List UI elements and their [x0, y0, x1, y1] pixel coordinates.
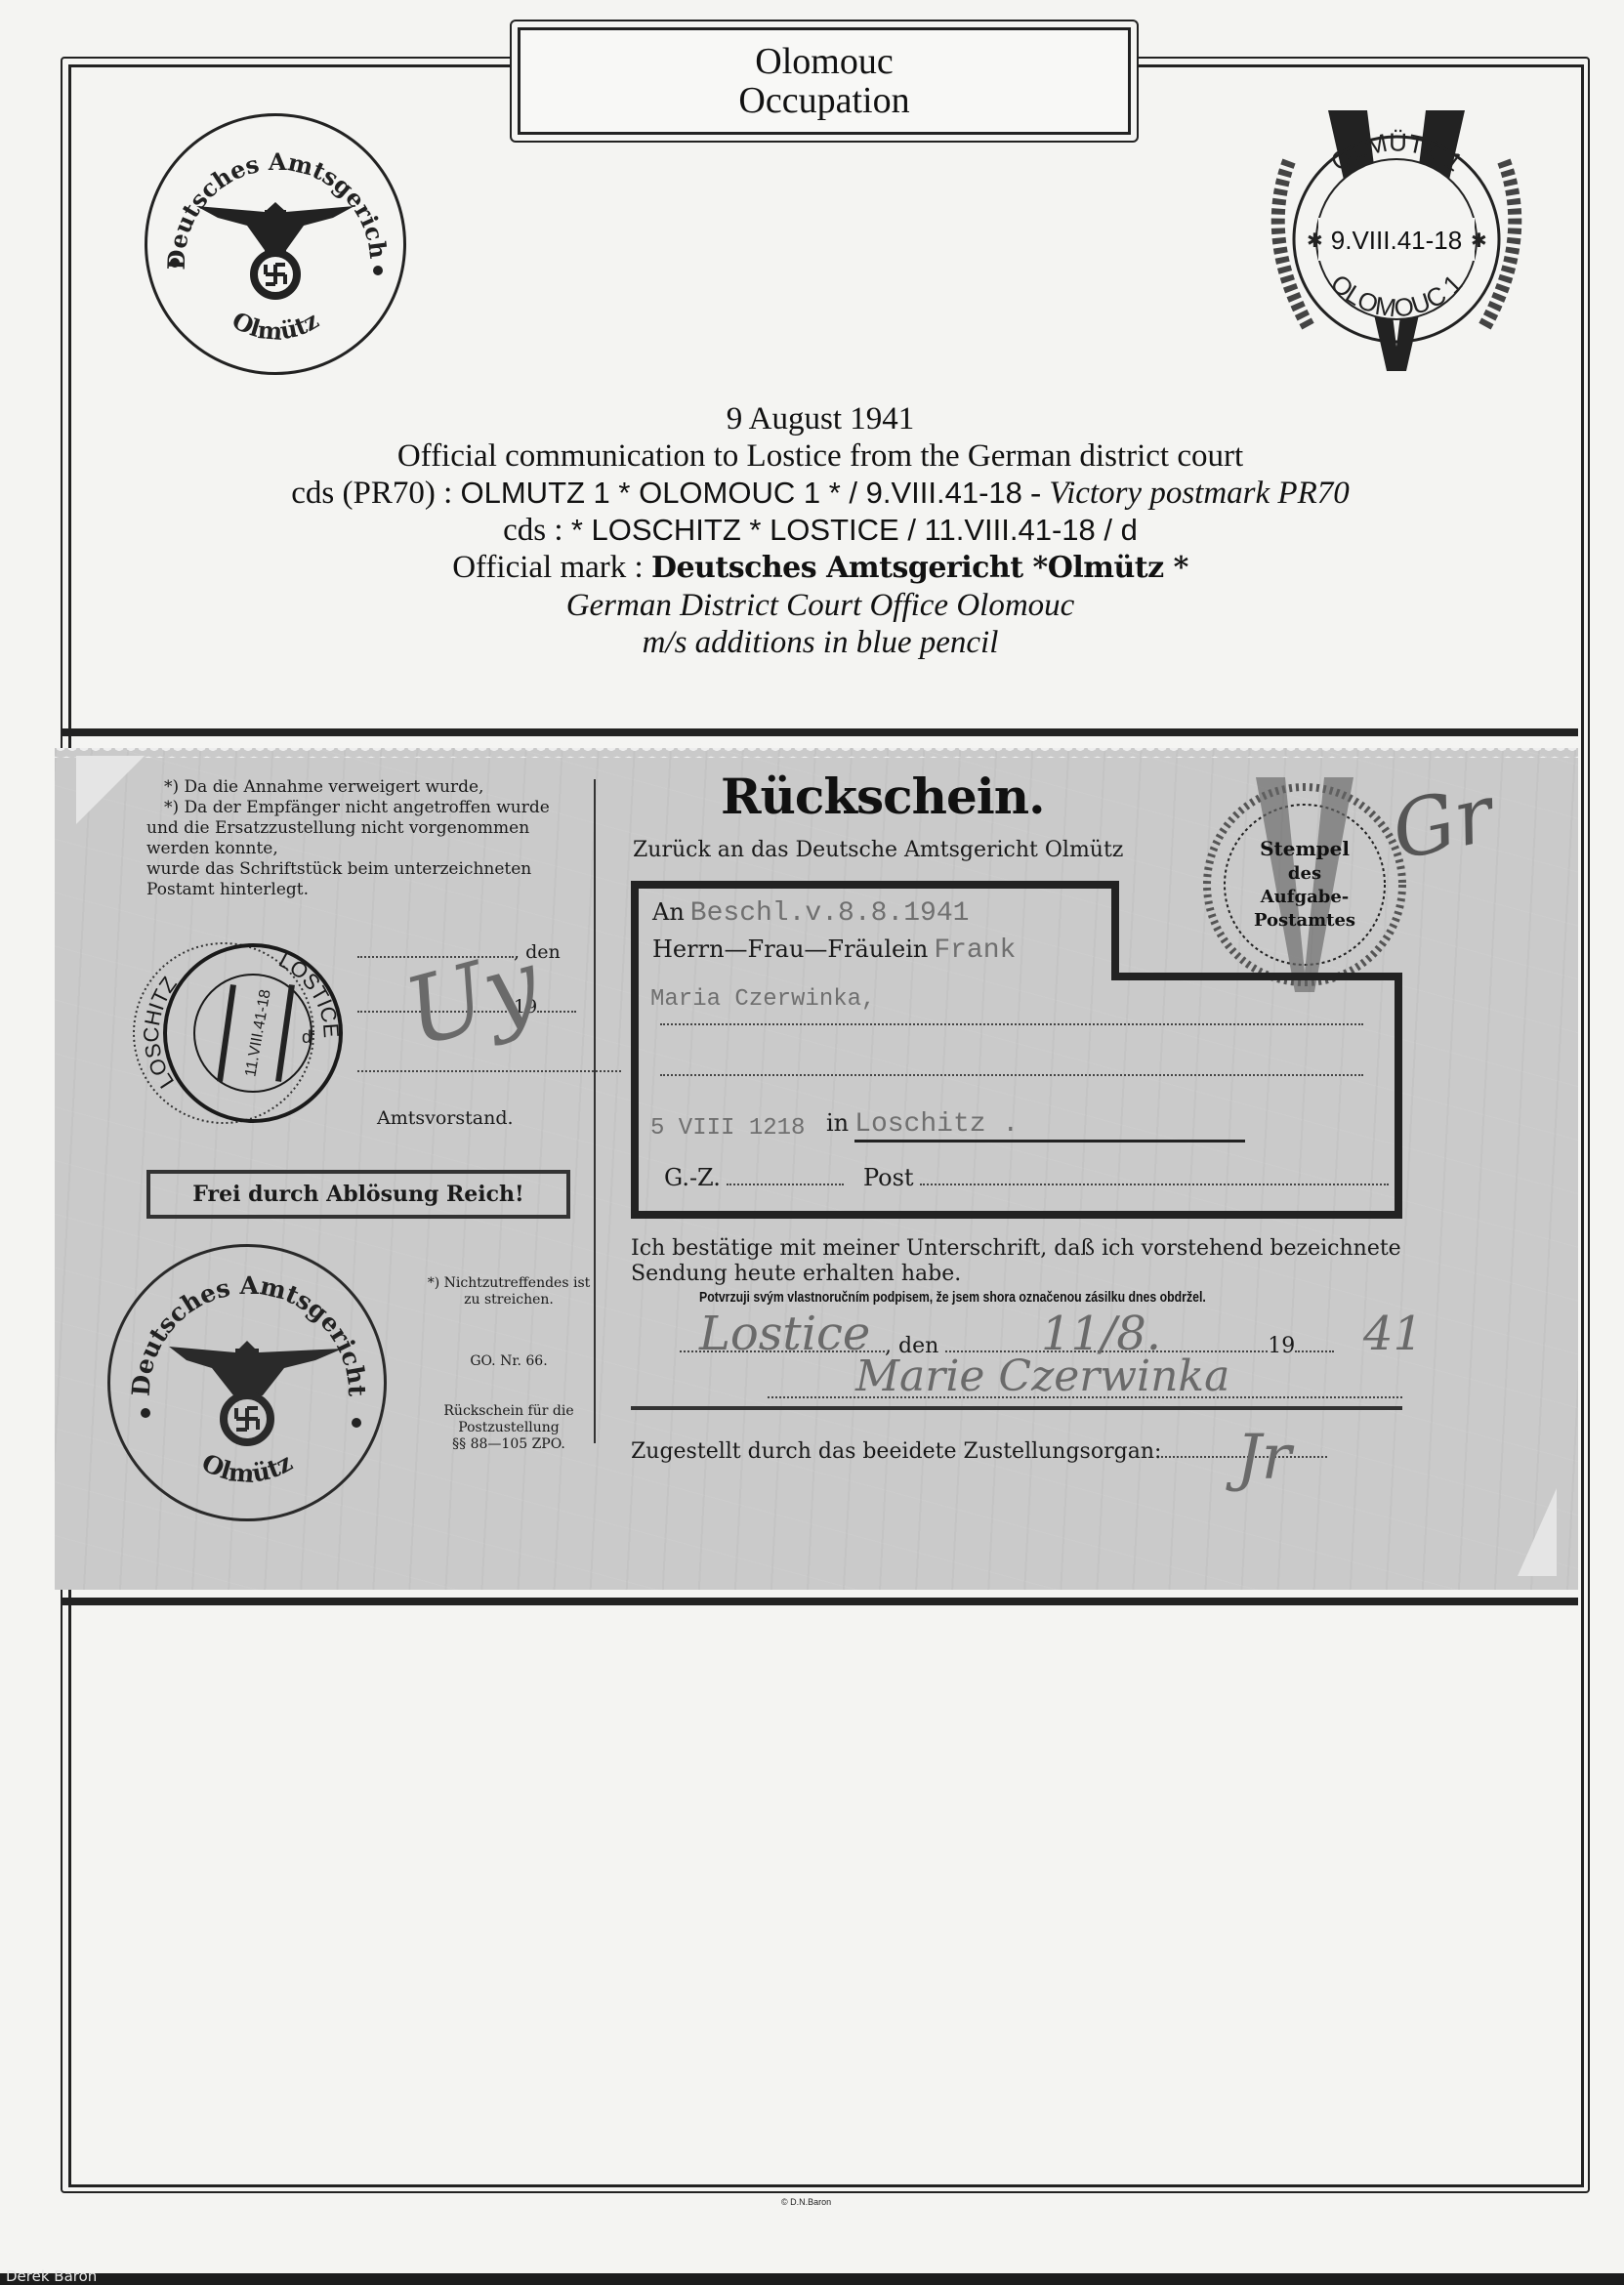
- eagle-seal-icon: Deutsches Amtsgericht Olmütz: [110, 1247, 384, 1518]
- svg-text:✱: ✱: [1307, 230, 1323, 252]
- victory-v-postmark-icon: OLMÜTZ 1 OLOMOUC 1 9.VIII.41-18 ✱ ✱: [1250, 103, 1543, 376]
- description-cds-1: cds (PR70) : OLMUTZ 1 * OLOMOUC 1 * / 9.…: [137, 475, 1504, 512]
- description-summary: Official communication to Lostice from t…: [137, 437, 1504, 475]
- address-box: An Beschl.v.8.8.1941 Herrn—Frau—Fräulein…: [631, 881, 1402, 1219]
- recipient-signature: Marie Czerwinka: [855, 1351, 1229, 1401]
- form-notes: *) Nichtzutreffendes ist zu streichen. G…: [426, 1275, 592, 1453]
- description-note: m/s additions in blue pencil: [137, 624, 1504, 661]
- signature-dotline: [357, 1070, 621, 1072]
- perforation-edge: [55, 748, 1578, 758]
- section-divider-top: [61, 728, 1578, 736]
- handwritten-place: Lostice: [699, 1307, 870, 1361]
- description-date: 9 August 1941: [137, 400, 1504, 437]
- svg-text:Olmütz: Olmütz: [228, 306, 323, 346]
- delivered-by-line: Zugestellt durch das beeidete Zustellung…: [631, 1439, 1327, 1464]
- loschitz-cds-icon: LOSCHITZ LOSTICE 11.VIII.41-18 d: [131, 935, 355, 1131]
- description-official-mark: Official mark : Deutsches Amtsgericht *O…: [137, 549, 1504, 587]
- handwritten-year: 41: [1363, 1307, 1423, 1361]
- svg-text:9.VIII.41-18: 9.VIII.41-18: [1331, 226, 1462, 255]
- card-column-divider: [594, 779, 596, 1443]
- gz-line: G.-Z. Post: [664, 1164, 1389, 1192]
- description-cds-2: cds : * LOSCHITZ * LOSTICE / 11.VIII.41-…: [137, 512, 1504, 549]
- undelivered-notice: *) Da die Annahme verweigert wurde, *) D…: [146, 777, 557, 900]
- svg-text:11.VIII.41-18: 11.VIII.41-18: [242, 988, 273, 1078]
- item-description: 9 August 1941 Official communication to …: [137, 400, 1504, 661]
- frei-durch-abloesung-banner: Frei durch Ablösung Reich!: [146, 1170, 570, 1219]
- return-address-line: Zurück an das Deutsche Amtsgericht Olmüt…: [633, 838, 1123, 862]
- city-line: in Loschitz .: [826, 1109, 1245, 1142]
- photo-corner-top-left: [76, 756, 145, 824]
- salutation-line: Herrn—Frau—Fräulein Frank: [652, 935, 1016, 966]
- an-line: An Beschl.v.8.8.1941: [652, 898, 969, 929]
- svg-text:✱: ✱: [1471, 230, 1487, 252]
- rueckschein-title: Rückschein.: [721, 768, 1045, 825]
- loschitz-postmark: LOSCHITZ LOSTICE 11.VIII.41-18 d: [131, 935, 355, 1131]
- title-line-2: Occupation: [738, 81, 909, 120]
- svg-text:LOSCHITZ: LOSCHITZ: [140, 972, 182, 1093]
- title-line-1: Olomouc: [755, 42, 893, 81]
- receipt-confirmation-de: Ich bestätige mit meiner Unterschrift, d…: [631, 1236, 1402, 1287]
- recipient-name: Maria Czerwinka,: [650, 986, 875, 1013]
- rueckschein-card: *) Da die Annahme verweigert wurde, *) D…: [55, 748, 1578, 1590]
- carrier-initials: Jr: [1236, 1422, 1291, 1494]
- copyright-note: © D.N.Baron: [781, 2197, 831, 2207]
- eagle-seal-icon: Deutsches Amtsgericht Olmütz: [147, 116, 403, 372]
- svg-text:Stempel: Stempel: [1260, 837, 1350, 860]
- svg-text:d: d: [302, 1027, 312, 1047]
- album-page: Olomouc Occupation Deutsches Amtsgericht…: [0, 0, 1624, 2273]
- typed-date: 5 VIII 1218: [650, 1115, 805, 1142]
- court-seal-illustration: Deutsches Amtsgericht Olmütz: [145, 113, 406, 375]
- photo-corner-bottom-right: [1518, 1488, 1557, 1576]
- court-seal-on-card: Deutsches Amtsgericht Olmütz: [107, 1244, 387, 1521]
- victory-postmark-illustration: OLMÜTZ 1 OLOMOUC 1 9.VIII.41-18 ✱ ✱: [1250, 103, 1543, 376]
- page-title: Olomouc Occupation: [518, 27, 1131, 135]
- description-translation: German District Court Office Olomouc: [137, 587, 1504, 624]
- signature-rule: [631, 1406, 1402, 1410]
- scan-watermark: Derek Baron: [6, 2267, 97, 2285]
- svg-text:Olmütz: Olmütz: [197, 1448, 297, 1488]
- receipt-confirmation-cz: Potvrzuji svým vlastnoručním podpisem, ž…: [699, 1289, 1206, 1306]
- section-divider-bottom: [61, 1598, 1578, 1605]
- amtsvorstand-label: Amtsvorstand.: [377, 1107, 514, 1129]
